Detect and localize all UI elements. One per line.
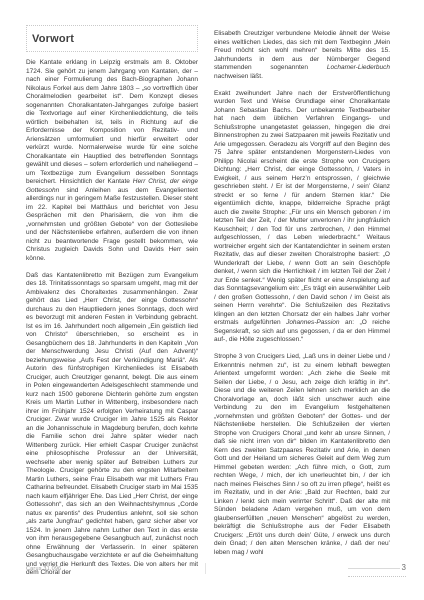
italic-text-segment: Johannes-Passion <box>286 319 339 326</box>
center-fold-mark <box>205 563 206 574</box>
title-dotted-box: Vorwort <box>26 25 198 52</box>
text-segment: Daß das Kantatenlibretto mit Bezügen zum… <box>26 272 198 577</box>
two-column-text-area: Vorwort Die Kantate erklang in Leipzig e… <box>26 25 390 578</box>
page-number-box: 3 <box>348 563 406 577</box>
paragraph: Strophe 3 von Crucigers Lied, „Laß uns i… <box>214 353 390 557</box>
text-segment: sind Anleihen aus dem Evangelientext all… <box>26 187 198 262</box>
page-number: 3 <box>400 563 406 573</box>
preface-page: Vorwort Die Kantate erklang in Leipzig e… <box>0 0 424 600</box>
italic-text-segment: Lochamer-Liederbuch <box>327 64 390 71</box>
left-column-text: Die Kantate erklang in Leipzig erstmals … <box>26 59 198 578</box>
paragraph: Exakt zweihundert Jahre nach der Erstver… <box>214 90 390 345</box>
right-column: Elisabeth Creutziger verbundene Melodie … <box>214 25 390 578</box>
page-number-row: 3 <box>348 563 406 573</box>
left-column: Vorwort Die Kantate erklang in Leipzig e… <box>26 25 198 578</box>
edition-number: Carus 31.096 <box>26 566 61 572</box>
paragraph: Daß das Kantatenlibretto mit Bezügen zum… <box>26 272 198 578</box>
text-segment: Die Kantate erklang in Leipzig erstmals … <box>26 59 198 185</box>
page-number-dotted-rule <box>348 576 406 577</box>
paragraph: Die Kantate erklang in Leipzig erstmals … <box>26 59 198 263</box>
page-number-rule <box>348 568 400 569</box>
right-column-text: Elisabeth Creutziger verbundene Melodie … <box>214 30 390 557</box>
text-segment: Exakt zweihundert Jahre nach der Erstver… <box>214 90 390 327</box>
paragraph: Elisabeth Creutziger verbundene Melodie … <box>214 30 390 81</box>
page-title: Vorwort <box>32 33 74 45</box>
text-segment: Strophe 3 von Crucigers Lied, „Laß uns i… <box>214 353 390 556</box>
text-segment: nachweisen läßt. <box>214 73 263 80</box>
